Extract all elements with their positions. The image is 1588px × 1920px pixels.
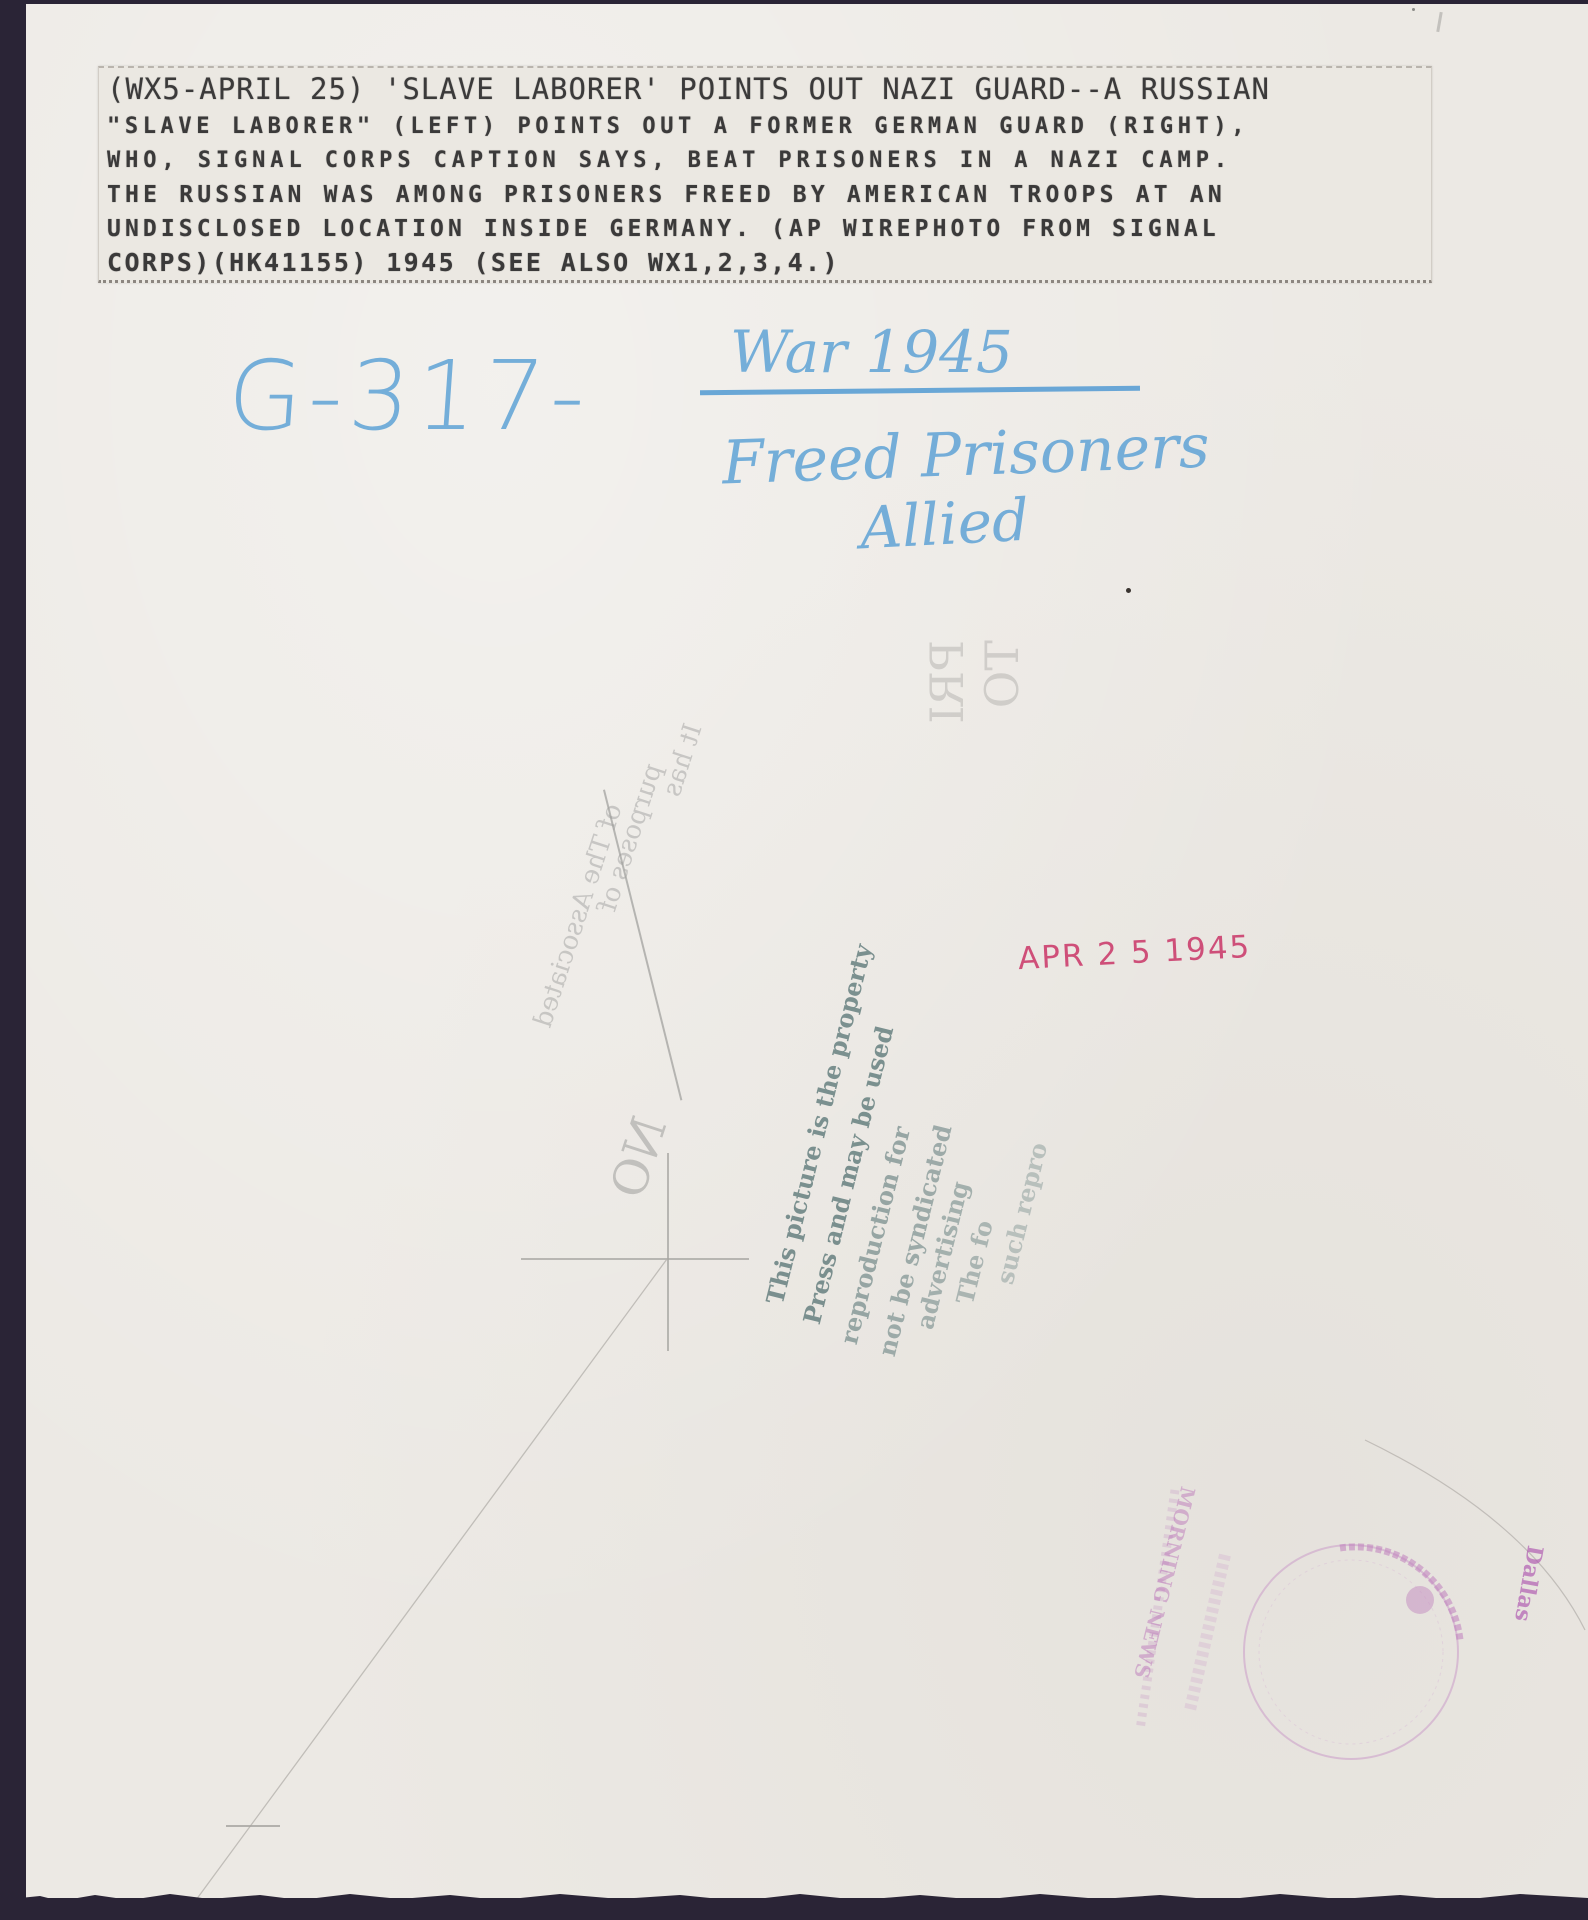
caption-slip: (WX5-APRIL 25) 'SLAVE LABORER' POINTS OU… [98,66,1432,283]
ink-speck [1126,588,1131,593]
caption-line-5: UNDISCLOSED LOCATION INSIDE GERMANY. (AP… [107,216,1220,242]
ink-speck [1412,8,1415,11]
handwritten-reference-number: G-317- [224,340,595,452]
ghost-text-large: PRI [920,640,974,724]
caption-line-6: CORPS)(HK41155) 1945 (SEE ALSO WX1,2,3,4… [107,248,840,277]
photo-verso-paper [26,4,1588,1904]
ghost-text-large: TO [975,640,1029,708]
caption-line-2: "SLAVE LABORER" (LEFT) POINTS OUT A FORM… [107,114,1249,139]
caption-line-4: THE RUSSIAN WAS AMONG PRISONERS FREED BY… [107,182,1226,208]
crop-mark-horizontal [521,1258,749,1260]
caption-line-1: (WX5-APRIL 25) 'SLAVE LABORER' POINTS OU… [107,72,1270,106]
torn-bottom-edge [0,1898,1588,1920]
handwritten-category-sub: Allied [858,486,1030,563]
handwritten-category-top: War 1945 [730,318,1013,386]
caption-line-3: WHO, SIGNAL CORPS CAPTION SAYS, BEAT PRI… [107,148,1232,173]
crop-mark-vertical [667,1153,669,1351]
scratch-mark [1436,12,1442,32]
